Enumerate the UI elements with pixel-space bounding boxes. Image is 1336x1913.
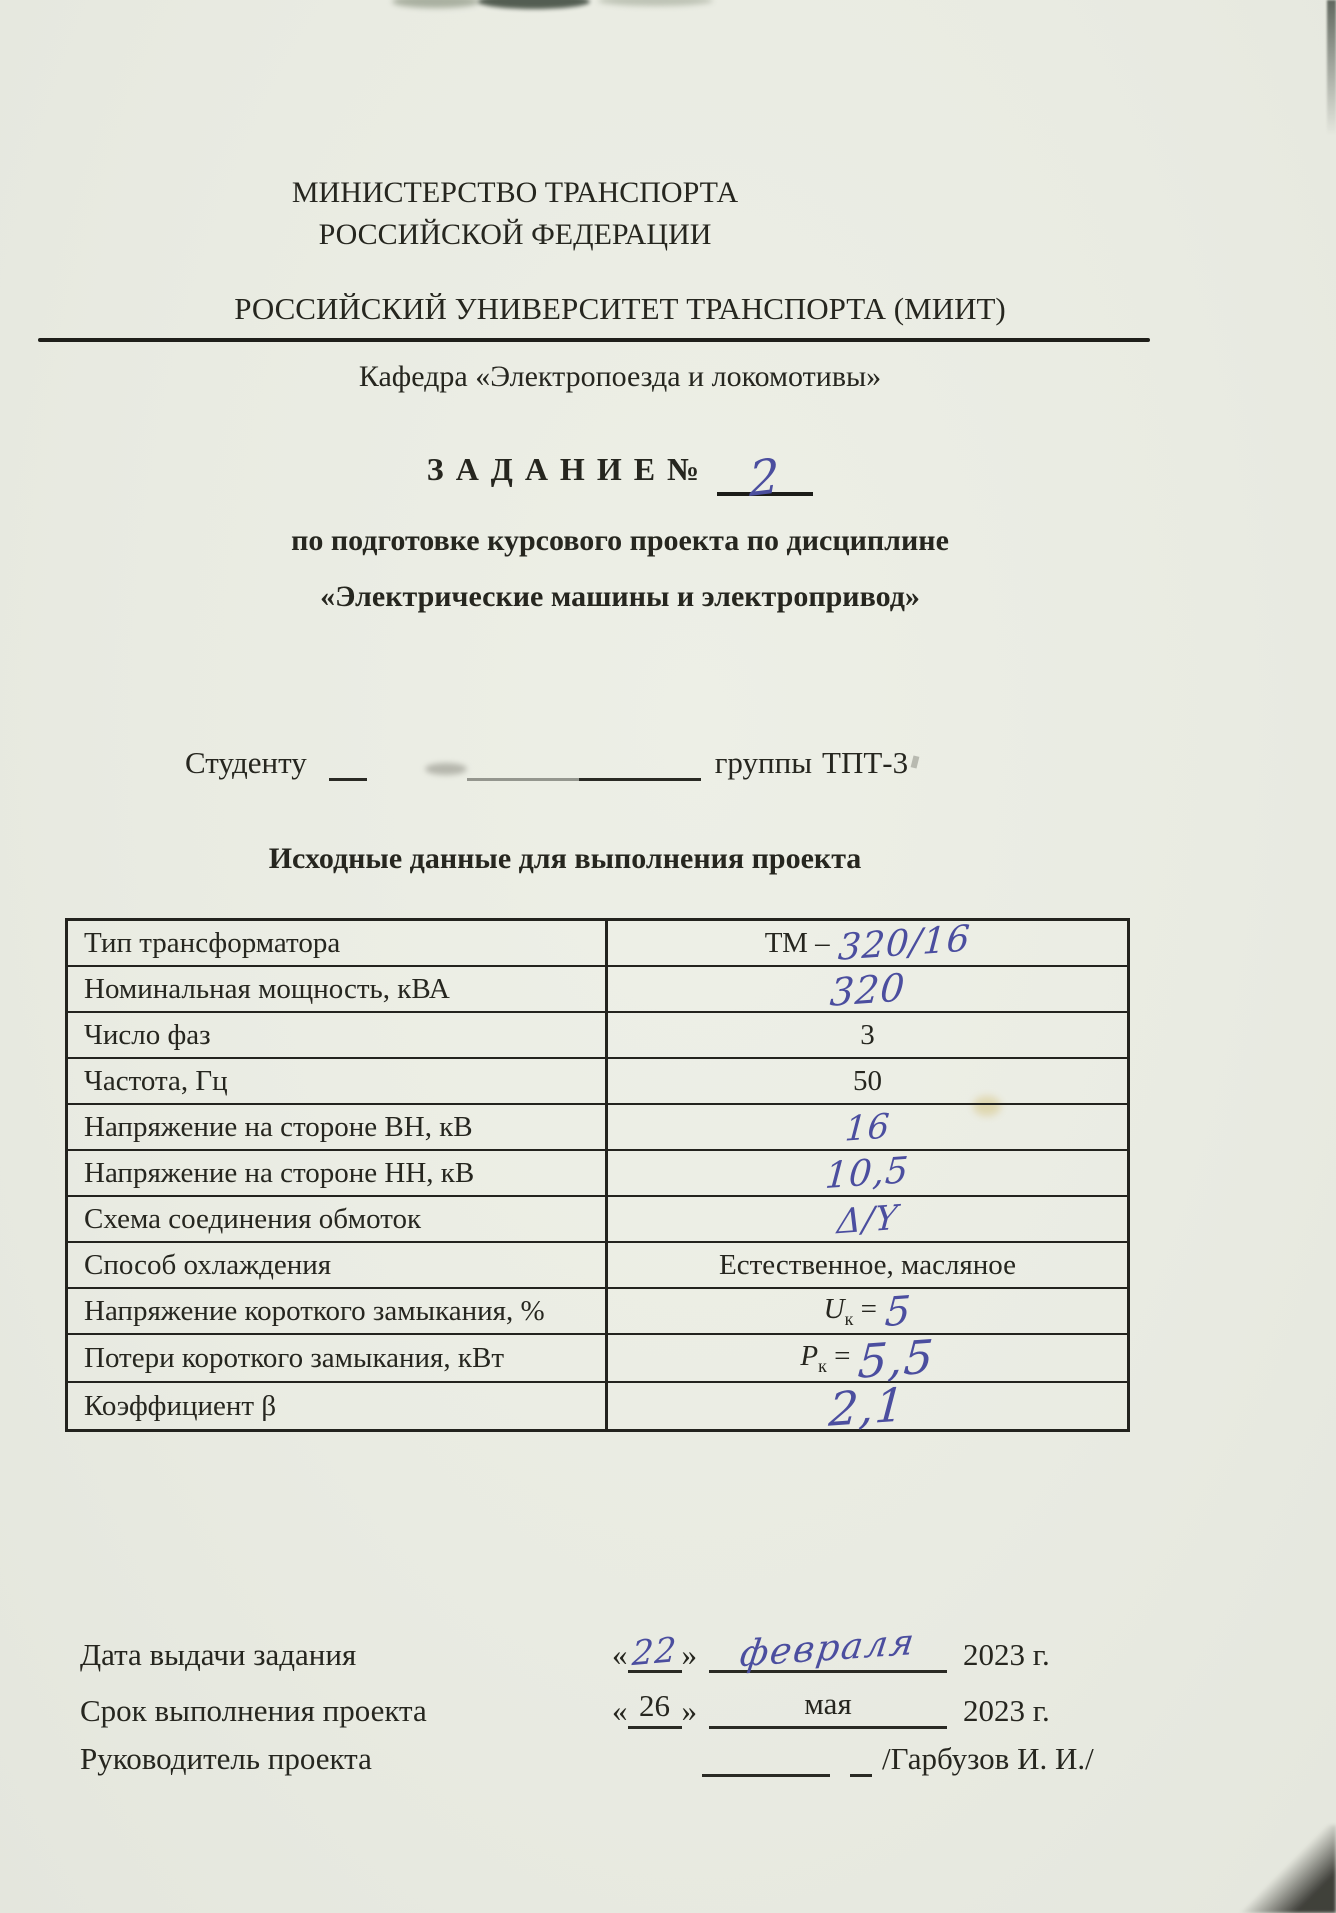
parameter-value: 50 — [608, 1059, 1127, 1103]
due-date-label: Срок выполнения проекта — [80, 1693, 612, 1729]
quote-close: » — [682, 1637, 698, 1673]
student-name-redacted-area — [367, 745, 467, 781]
quote-open: « — [612, 1637, 628, 1673]
value-handwritten: 2,1 — [828, 1381, 907, 1433]
issue-date-line: Дата выдачи задания «22» февраля 2023 г. — [80, 1630, 1280, 1673]
university-name: РОССИЙСКИЙ УНИВЕРСИТЕТ ТРАНСПОРТА (МИИТ) — [0, 291, 1240, 327]
student-name-blank-3 — [579, 742, 701, 781]
parameter-value: Δ/Y — [608, 1197, 1127, 1241]
table-row: Тип трансформатораТМ –320/16 — [68, 921, 1127, 965]
supervisor-name: /Гарбузов И. И./ — [882, 1741, 1094, 1777]
scan-smudge-top-center — [478, 0, 590, 9]
value-handwritten: 10,5 — [824, 1153, 910, 1195]
assignment-subtitle-2: «Электрические машины и электропривод» — [0, 580, 1240, 614]
due-year: 2023 г. — [963, 1693, 1050, 1729]
due-day-blank: 26 — [628, 1688, 682, 1729]
ministry-line-1: МИНИСТЕРСТВО ТРАНСПОРТА — [0, 172, 1030, 214]
value-symbol-printed: Uк = — [824, 1293, 877, 1330]
due-month-printed: мая — [804, 1686, 851, 1721]
table-row: Схема соединения обмотокΔ/Y — [68, 1195, 1127, 1241]
data-heading: Исходные данные для выполнения проекта — [0, 842, 1130, 876]
scan-artifact-mark — [911, 755, 920, 768]
supervisor-signature-dash — [850, 1740, 872, 1777]
quote-open: « — [612, 1693, 628, 1729]
value-symbol-printed: Pк = — [800, 1340, 850, 1377]
assignment-number-handwritten: 2 — [749, 448, 781, 508]
parameter-name: Напряжение короткого замыкания, % — [68, 1289, 608, 1333]
group-value: ТПТ-3 — [822, 745, 908, 781]
student-line: Студенту группы ТПТ-3 — [185, 742, 918, 781]
scan-edge-right — [1327, 0, 1336, 135]
parameter-name: Частота, Гц — [68, 1059, 608, 1103]
issue-date-label: Дата выдачи задания — [80, 1637, 612, 1673]
due-month-blank: мая — [709, 1686, 947, 1729]
assignment-subtitle-1: по подготовке курсового проекта по дисци… — [0, 524, 1240, 558]
value-handwritten: 320/16 — [837, 921, 972, 967]
department-name: Кафедра «Электропоезда и локомотивы» — [0, 360, 1240, 394]
scan-corner-bottom-right — [1221, 1825, 1336, 1913]
value-printed: 50 — [853, 1065, 882, 1098]
parameter-value: Pк =5,5 — [608, 1335, 1127, 1381]
supervisor-signature-blank — [702, 1740, 830, 1777]
issue-day-handwritten: 22 — [631, 1630, 678, 1674]
parameter-name: Напряжение на стороне ВН, кВ — [68, 1105, 608, 1149]
table-row: Способ охлажденияЕстественное, масляное — [68, 1241, 1127, 1287]
student-name-blank-2 — [467, 742, 579, 781]
parameter-name: Напряжение на стороне НН, кВ — [68, 1151, 608, 1195]
parameter-value: 16 — [608, 1105, 1127, 1149]
ministry-line-2: РОССИЙСКОЙ ФЕДЕРАЦИИ — [0, 214, 1030, 256]
value-handwritten: 320 — [828, 968, 906, 1012]
scan-smudge-top-left — [392, 0, 480, 8]
supervisor-label: Руководитель проекта — [80, 1741, 612, 1777]
table-row: Частота, Гц50 — [68, 1057, 1127, 1103]
due-date-line: Срок выполнения проекта «26» мая 2023 г. — [80, 1686, 1280, 1729]
parameter-value: Uк =5 — [608, 1289, 1127, 1333]
parameters-table-body: Тип трансформатораТМ –320/16Номинальная … — [68, 921, 1127, 1429]
parameter-name: Номинальная мощность, кВА — [68, 967, 608, 1011]
parameter-value: 10,5 — [608, 1151, 1127, 1195]
issue-month-handwritten: февраля — [737, 1622, 918, 1676]
issue-day-blank: 22 — [628, 1632, 682, 1673]
table-row: Напряжение на стороне ВН, кВ16 — [68, 1103, 1127, 1149]
parameter-value: 3 — [608, 1013, 1127, 1057]
value-printed: ТМ – — [765, 927, 830, 960]
value-handwritten: Δ/Y — [836, 1201, 900, 1240]
table-row: Потери короткого замыкания, кВтPк =5,5 — [68, 1333, 1127, 1381]
parameter-value: Естественное, масляное — [608, 1243, 1127, 1287]
value-handwritten: 16 — [844, 1109, 892, 1146]
student-name-blank-1 — [329, 742, 367, 781]
group-label: группы — [715, 745, 812, 781]
table-row: Число фаз3 — [68, 1011, 1127, 1057]
parameter-name: Число фаз — [68, 1013, 608, 1057]
parameter-name: Схема соединения обмоток — [68, 1197, 608, 1241]
quote-close: » — [682, 1693, 698, 1729]
supervisor-line: Руководитель проекта /Гарбузов И. И./ — [80, 1740, 1280, 1777]
scan-smudge-top-right — [598, 0, 713, 6]
assignment-title: З А Д А Н И Е №2 — [0, 448, 1240, 496]
parameter-name: Тип трансформатора — [68, 921, 608, 965]
scanned-assignment-page: МИНИСТЕРСТВО ТРАНСПОРТА РОССИЙСКОЙ ФЕДЕР… — [0, 0, 1336, 1913]
parameter-name: Способ охлаждения — [68, 1243, 608, 1287]
due-day-printed: 26 — [639, 1688, 670, 1723]
value-printed: Естественное, масляное — [719, 1249, 1016, 1282]
table-row: Напряжение на стороне НН, кВ10,5 — [68, 1149, 1127, 1195]
parameter-value: 2,1 — [608, 1383, 1127, 1429]
assignment-title-label: З А Д А Н И Е № — [427, 451, 701, 487]
ministry-header: МИНИСТЕРСТВО ТРАНСПОРТА РОССИЙСКОЙ ФЕДЕР… — [0, 172, 1030, 256]
parameters-table: Тип трансформатораТМ –320/16Номинальная … — [65, 918, 1130, 1432]
issue-year: 2023 г. — [963, 1637, 1050, 1673]
value-printed: 3 — [860, 1019, 875, 1052]
parameter-value: 320 — [608, 967, 1127, 1011]
issue-month-blank: февраля — [709, 1630, 947, 1673]
header-divider-line — [38, 338, 1150, 342]
table-row: Коэффициент β2,1 — [68, 1381, 1127, 1429]
table-row: Напряжение короткого замыкания, %Uк =5 — [68, 1287, 1127, 1333]
parameter-name: Потери короткого замыкания, кВт — [68, 1335, 608, 1381]
parameter-name: Коэффициент β — [68, 1383, 608, 1429]
table-row: Номинальная мощность, кВА320 — [68, 965, 1127, 1011]
assignment-number-blank: 2 — [717, 448, 813, 496]
parameter-value: ТМ –320/16 — [608, 921, 1127, 965]
student-label: Студенту — [185, 745, 307, 781]
value-handwritten: 5 — [884, 1291, 913, 1333]
